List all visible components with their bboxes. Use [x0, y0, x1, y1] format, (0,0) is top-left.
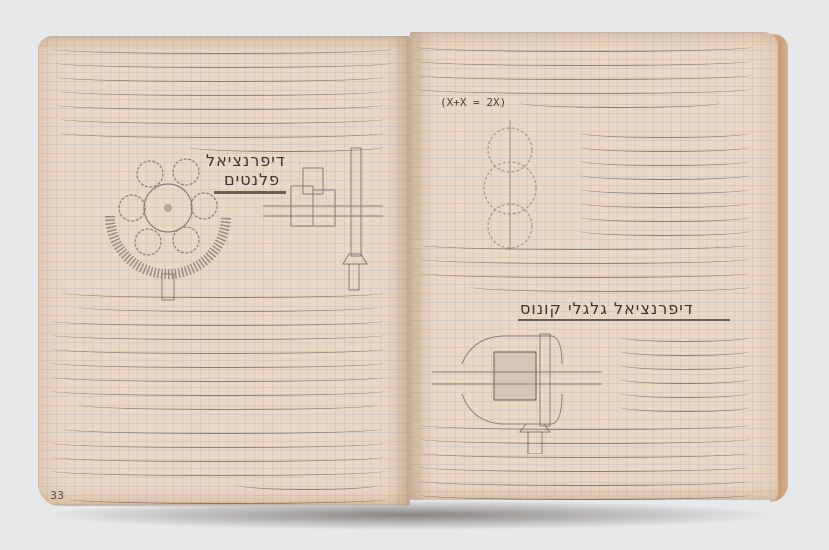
handwriting-line	[62, 424, 382, 434]
handwriting-line	[420, 462, 750, 472]
handwriting-line	[580, 156, 750, 166]
handwriting-line	[52, 344, 386, 354]
handwriting-line	[52, 386, 386, 396]
handwriting-line	[620, 360, 750, 370]
handwriting-line	[60, 128, 386, 138]
handwriting-line	[620, 388, 750, 398]
handwriting-line	[580, 226, 750, 236]
handwriting-line	[620, 332, 750, 342]
handwriting-line	[78, 400, 378, 410]
handwriting-line	[78, 302, 378, 312]
gear-stack-diagram	[454, 120, 574, 250]
page-number: 33	[50, 489, 64, 502]
handwriting-line	[62, 288, 386, 298]
side-view-diagram	[263, 146, 383, 296]
handwriting-line	[416, 70, 752, 80]
handwriting-line	[52, 438, 386, 448]
handwriting-line	[520, 98, 720, 108]
handwriting-line	[420, 476, 750, 486]
handwriting-line	[52, 44, 392, 54]
left-page: דיפרנציאל פלנטים 33	[38, 36, 410, 506]
handwriting-line	[60, 114, 386, 124]
handwriting-line	[52, 452, 386, 462]
handwriting-line	[56, 100, 386, 110]
right-page: (X+X = 2X) דיפרנציאל גלגלי קונוס	[410, 32, 778, 500]
handwriting-line	[52, 372, 386, 382]
handwriting-line	[420, 434, 750, 444]
handwriting-line	[52, 466, 386, 476]
handwriting-line	[416, 84, 752, 94]
handwriting-line	[620, 346, 750, 356]
handwriting-line	[580, 184, 750, 194]
handwriting-line	[580, 198, 750, 208]
planetary-gear-diagram	[98, 146, 238, 306]
handwriting-line	[420, 420, 750, 430]
handwriting-line	[470, 282, 750, 292]
right-heading: דיפרנציאל גלגלי קונוס	[520, 299, 694, 318]
handwriting-line	[580, 212, 750, 222]
formula: (X+X = 2X)	[440, 96, 506, 109]
heading-underline	[518, 319, 730, 321]
handwriting-line	[56, 72, 386, 82]
handwriting-line	[238, 480, 378, 490]
handwriting-line	[416, 56, 752, 66]
handwriting-line	[52, 316, 386, 326]
handwriting-line	[580, 142, 750, 152]
handwriting-line	[620, 374, 750, 384]
handwriting-line	[420, 448, 750, 458]
handwriting-line	[52, 358, 386, 368]
handwriting-line	[416, 42, 752, 52]
handwriting-line	[620, 402, 750, 412]
handwriting-line	[420, 254, 750, 264]
handwriting-line	[60, 86, 386, 96]
handwriting-line	[68, 494, 388, 504]
handwriting-line	[580, 128, 750, 138]
handwriting-line	[420, 490, 750, 500]
handwriting-line	[580, 170, 750, 180]
handwriting-line	[420, 268, 750, 278]
handwriting-line	[420, 240, 750, 250]
handwriting-line	[52, 330, 386, 340]
handwriting-line	[56, 58, 392, 68]
